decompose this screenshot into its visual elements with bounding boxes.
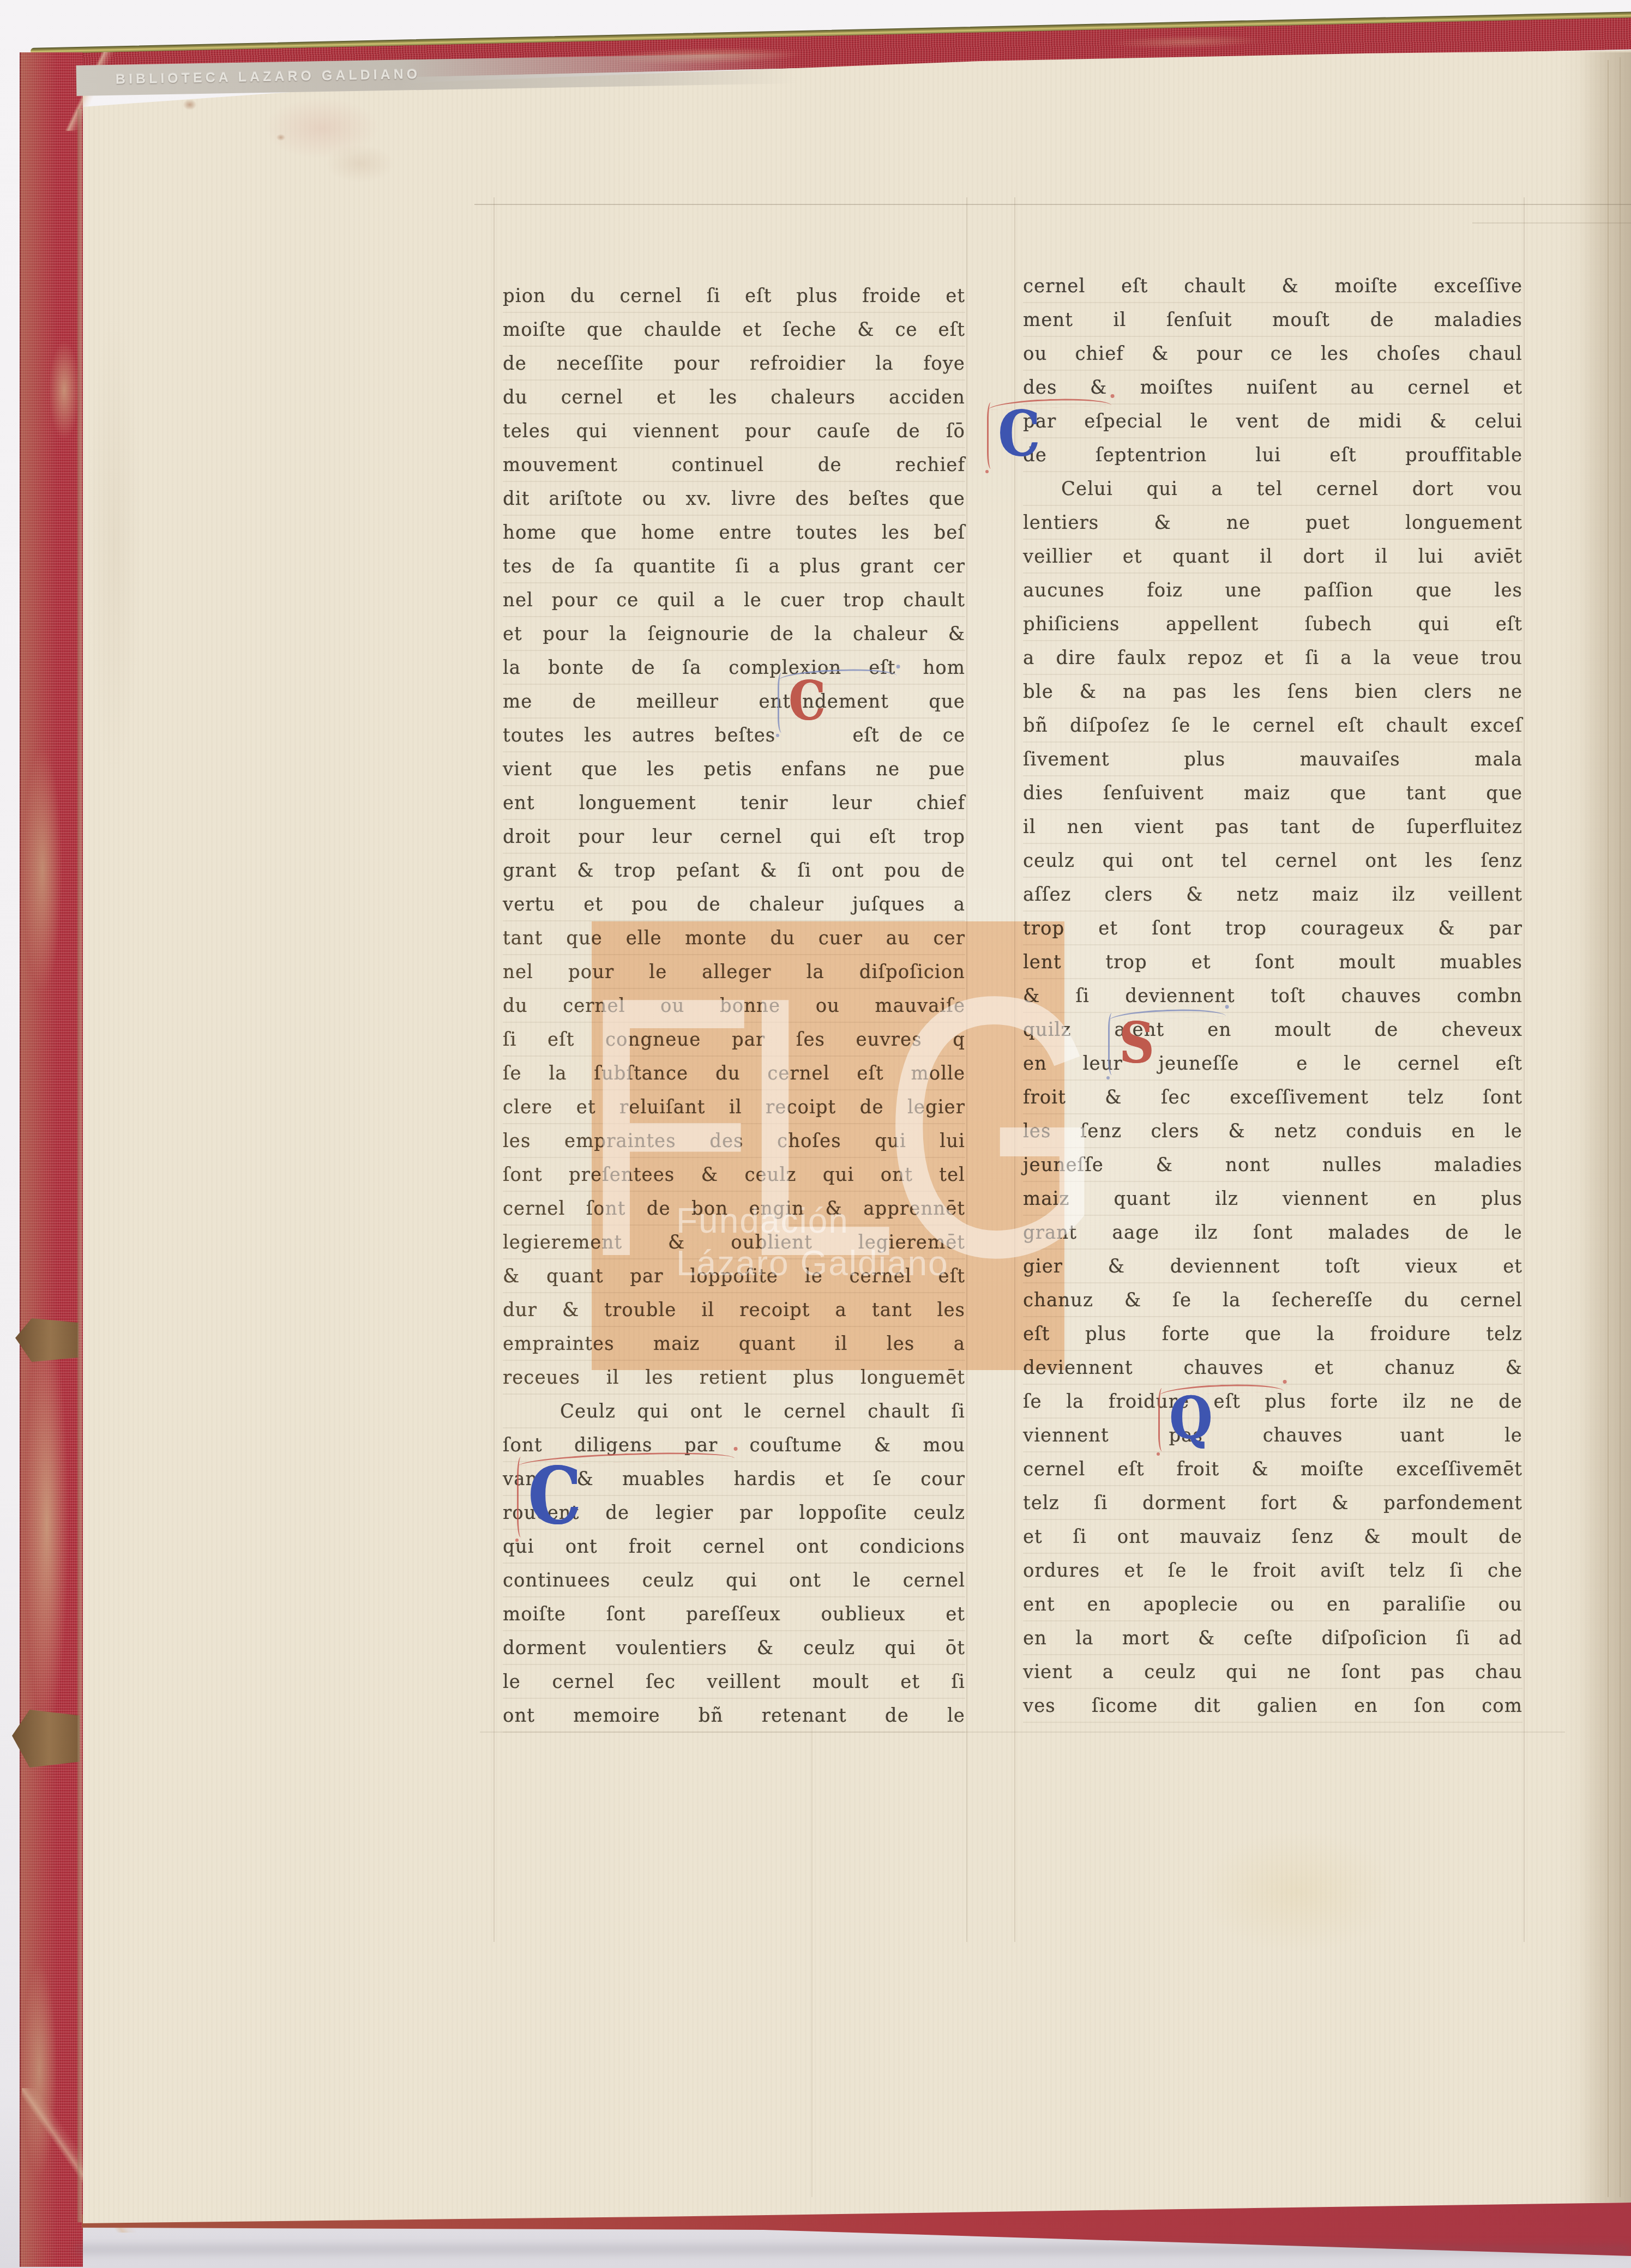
manuscript-text-line: ves ſicome dit galien en ſon com <box>1023 1688 1522 1723</box>
illuminated-initial-c-col1-midline: C <box>789 678 825 724</box>
initial-letter: C <box>998 403 1039 465</box>
manuscript-text-line: froit & ſec exceſſivement telz ſont <box>1023 1080 1522 1115</box>
manuscript-text-line: ordures et ſe le froit aviſt telz ſi che <box>1023 1553 1522 1588</box>
manuscript-text-line: teles qui viennent pour cauſe de ſō <box>503 414 965 449</box>
manuscript-text-line: en leur jeuneſſe e le cernel eſt <box>1023 1046 1522 1081</box>
watermark-org-line2: Lázaro Galdiano <box>676 1242 949 1284</box>
page-stack-edge-line <box>1620 57 1621 2197</box>
illuminated-initial-c-col2-margin: C <box>998 408 1039 460</box>
ruling-line-vertical <box>1524 197 1525 1942</box>
manuscript-text-line: il nen vient pas tant de ſuperfluitez <box>1023 810 1522 845</box>
manuscript-text-line: le cernel ſec veillent moult et ſi <box>503 1664 965 1699</box>
manuscript-text-line: ment il ſenſuit mouſt de maladies <box>1023 303 1522 337</box>
book-shadow <box>76 2245 1631 2254</box>
manuscript-text-line: vertu et pou de chaleur juſques a <box>503 887 965 922</box>
manuscript-text-line: mouvement continuel de rechief <box>503 448 965 482</box>
manuscript-text-line: les ſenz clers & netz conduis en le <box>1023 1114 1522 1149</box>
page-left-edge-line <box>77 109 82 2222</box>
text-column-right: cernel eſt chault & moiſte exceſſivement… <box>1023 269 1522 1723</box>
manuscript-text-line: cernel eſt chault & moiſte exceſſive <box>1023 269 1522 304</box>
parchment-crease <box>811 1717 813 2197</box>
manuscript-text-line: maiz quant ilz viennent en plus <box>1023 1181 1522 1216</box>
manuscript-text-line: dorment voulentiers & ceulz qui ōt <box>503 1631 965 1666</box>
illuminated-initial-q-col2-midline: Q <box>1169 1394 1212 1443</box>
manuscript-text-line: ceulz qui ont tel cernel ont les ſenz <box>1023 843 1522 878</box>
manuscript-text-line: Ceulz qui ont le cernel chault ſi <box>503 1394 965 1429</box>
manuscript-text-line: ent en apoplecie ou en paraliſie ou <box>1023 1587 1522 1622</box>
ruling-line-horizontal <box>1472 222 1631 224</box>
manuscript-text-line: dit ariſtote ou xv. livre des beſtes que <box>503 481 965 516</box>
illuminated-initial-s-col2-midline: S <box>1119 1018 1154 1066</box>
manuscript-text-line: de ſeptentrion lui eſt prouffitable <box>1023 438 1522 473</box>
manuscript-text-line: Celui qui a tel cernel dort vou <box>1023 472 1522 506</box>
initial-letter: C <box>789 674 825 728</box>
manuscript-text-line: home que home entre toutes les beſ <box>503 515 965 550</box>
manuscript-text-line: la bonte de ſa complexion eſt hom <box>503 650 965 685</box>
manuscript-text-line: ou chief & pour ce les choſes chaul <box>1023 336 1522 371</box>
page-stack-edge-line <box>1608 60 1609 2197</box>
manuscript-text-line: nel pour ce quil a le cuer trop chault <box>503 583 965 618</box>
manuscript-text-line: ſivement plus mauvaiſes mala <box>1023 742 1522 777</box>
manuscript-text-line: vient que les petis enfans ne pue <box>503 752 965 787</box>
manuscript-text-line: chanuz & ſe la ſechereſſe du cernel <box>1023 1283 1522 1318</box>
initial-letter: C <box>528 1456 581 1535</box>
manuscript-text-line: pion du cernel ſi eſt plus froide et <box>503 279 965 313</box>
ruling-line-horizontal <box>474 204 1631 205</box>
manuscript-text-line: de neceſſite pour refroidier la foye <box>503 346 965 381</box>
manuscript-text-line: moiſte que chaulde et ſeche & ce eſt <box>503 312 965 347</box>
manuscript-text-line: par eſpecial le vent de midi & celui <box>1023 404 1522 439</box>
manuscript-text-line: viennent pas chauves uant le <box>1023 1418 1522 1453</box>
initial-letter: S <box>1119 1014 1154 1071</box>
manuscript-text-line: lentiers & ne puet longuement <box>1023 505 1522 540</box>
manuscript-text-line: vient a ceulz qui ne ſont pas chau <box>1023 1655 1522 1690</box>
manuscript-text-line: et ſi ont mauvaiz ſenz & moult de <box>1023 1519 1522 1554</box>
filigree-flourish-icon <box>778 673 785 733</box>
manuscript-text-line: grant & trop peſant & ſi ont pou de <box>503 853 965 888</box>
filigree-flourish-icon <box>987 402 995 469</box>
manuscript-text-line: quilz aient en moult de cheveux <box>1023 1012 1522 1047</box>
manuscript-text-line: et pour la ſeignourie de la chaleur & <box>503 617 965 652</box>
manuscript-text-line: tes de ſa quantite ſi a plus grant cer <box>503 549 965 584</box>
manuscript-text-line: en la mort & ceſte diſpoſicion ſi ad <box>1023 1621 1522 1656</box>
manuscript-text-line: telz ſi dorment fort & parfondement <box>1023 1486 1522 1521</box>
manuscript-text-line: cernel eſt froit & moiſte exceſſivemēt <box>1023 1452 1522 1487</box>
manuscript-text-line: toutes les autres beſtes eſt de ce <box>503 718 965 753</box>
manuscript-text-line: eſt plus forte que la froidure telz <box>1023 1317 1522 1352</box>
manuscript-text-line: des & moiſtes nuiſent au cernel et <box>1023 370 1522 405</box>
manuscript-text-line: dies ſenſuivent maiz que tant que <box>1023 776 1522 811</box>
manuscript-text-line: du cernel et les chaleurs acciden <box>503 380 965 415</box>
manuscript-text-line: grant aage ilz ſont malades de le <box>1023 1215 1522 1250</box>
manuscript-text-line: aucunes foiz une paſſion que les <box>1023 573 1522 608</box>
watermark-organization-name: Fundación Lázaro Galdiano <box>676 1199 949 1284</box>
filigree-flourish-icon <box>517 1457 525 1537</box>
page-right-edge-shading <box>1580 52 1631 2203</box>
manuscript-text-line: & ſi deviennent toſt chauves combn <box>1023 979 1522 1014</box>
library-stamp-text: BIBLIOTECA LAZARO GALDIANO <box>116 67 421 88</box>
manuscript-text-line: gier & deviennent toſt vieux et <box>1023 1249 1522 1284</box>
manuscript-text-line: a dire faulx repoz et ſi a la veue trou <box>1023 641 1522 675</box>
ruling-line-vertical <box>493 197 495 1942</box>
manuscript-text-line: aſſez clers & netz maiz ilz veillent <box>1023 877 1522 912</box>
manuscript-text-line: lent trop et ſont moult muables <box>1023 945 1522 980</box>
manuscript-text-line: deviennent chauves et chanuz & <box>1023 1350 1522 1385</box>
manuscript-text-line: ble & na pas les ſens bien clers ne <box>1023 674 1522 709</box>
manuscript-text-line: ont memoire bñ retenant de le <box>503 1698 965 1733</box>
cover-left-velvet-edge <box>20 52 83 2267</box>
filigree-flourish-icon <box>1108 1013 1116 1075</box>
manuscript-text-line: droit pour leur cernel qui eſt trop <box>503 819 965 854</box>
manuscript-text-line: ent longuement tenir leur chief <box>503 786 965 821</box>
manuscript-text-line: moiſte ſont pareſſeux oublieux et <box>503 1597 965 1632</box>
manuscript-text-line: bñ diſpoſez ſe le cernel eſt chault exce… <box>1023 708 1522 743</box>
filigree-flourish-icon <box>1158 1388 1166 1451</box>
manuscript-text-line: trop et ſont trop courageux & par <box>1023 911 1522 946</box>
manuscript-photo: { "stamp": { "text": "BIBLIOTECA LAZARO … <box>0 0 1631 2268</box>
manuscript-text-line: continuees ceulz qui ont le cernel <box>503 1563 965 1598</box>
manuscript-text-line: phiſiciens appellent ſubech qui eſt <box>1023 607 1522 642</box>
manuscript-text-line: jeuneſſe & nont nulles maladies <box>1023 1148 1522 1183</box>
manuscript-text-line: me de meilleur entendement que <box>503 684 965 719</box>
illuminated-initial-c-col1-margin: C <box>528 1462 581 1529</box>
initial-letter: Q <box>1169 1389 1212 1447</box>
manuscript-text-line: veillier et quant il dort il lui aviēt <box>1023 539 1522 574</box>
watermark-org-line1: Fundación <box>676 1199 949 1242</box>
